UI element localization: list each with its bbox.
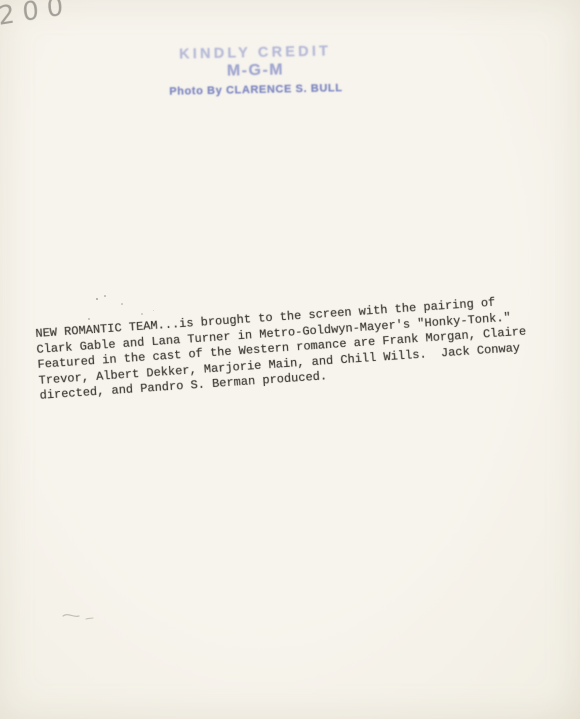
paper-speck	[141, 313, 143, 315]
stamp-line-photographer-credit: Photo By CLARENCE S. BULL	[158, 82, 353, 98]
handwritten-number: 200	[0, 0, 72, 32]
paper-speck	[153, 310, 154, 311]
stamp-line-kindly-credit: KINDLY CREDIT	[157, 43, 352, 63]
stamp-line-mgm: M-G-M	[158, 60, 353, 82]
pencil-smudge-mark	[60, 609, 102, 625]
paper-speck	[121, 303, 123, 305]
paper-speck	[96, 298, 98, 300]
photo-verso-paper: 200 KINDLY CREDIT M-G-M Photo By CLARENC…	[0, 0, 580, 719]
typed-caption: NEW ROMANTIC TEAM...is brought to the sc…	[35, 294, 529, 405]
paper-speck	[88, 318, 90, 320]
mgm-credit-stamp: KINDLY CREDIT M-G-M Photo By CLARENCE S.…	[157, 43, 353, 98]
paper-speck	[104, 295, 106, 297]
